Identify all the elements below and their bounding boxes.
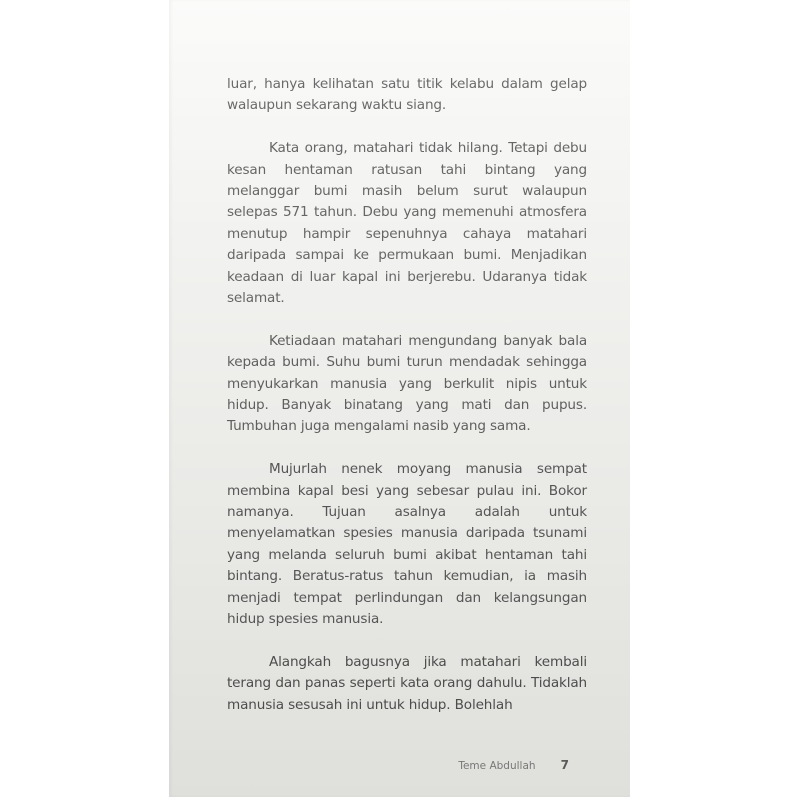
paragraph-2: Kata orang, matahari tidak hilang. Tetap…	[227, 138, 587, 309]
paragraph-5: Alangkah bagusnya jika matahari kembali …	[227, 652, 587, 716]
paragraph-4: Mujurlah nenek moyang manusia sempat mem…	[227, 459, 587, 630]
body-text: luar, hanya kelihatan satu titik kelabu …	[227, 74, 587, 738]
author-name: Teme Abdullah	[458, 760, 535, 772]
paragraph-3: Ketiadaan matahari mengundang banyak bal…	[227, 331, 587, 438]
page-number: 7	[561, 758, 569, 772]
book-page: luar, hanya kelihatan satu titik kelabu …	[169, 0, 630, 797]
page-footer: Teme Abdullah 7	[169, 754, 569, 773]
paragraph-1: luar, hanya kelihatan satu titik kelabu …	[227, 74, 587, 117]
